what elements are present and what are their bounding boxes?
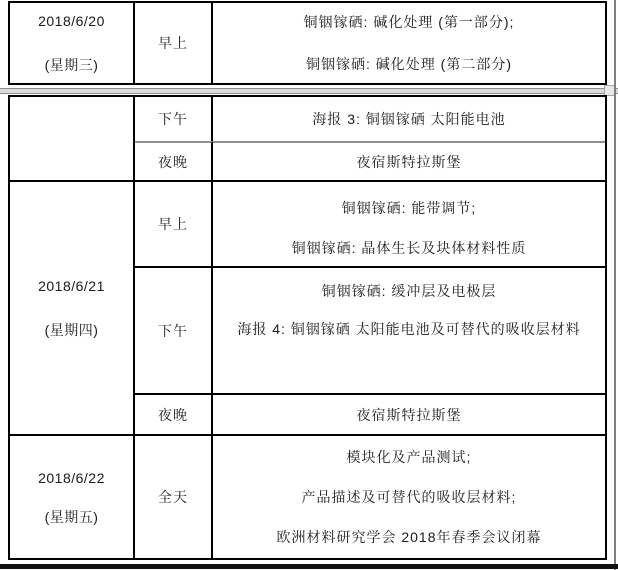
document-page: 2018/6/20 (星期三) 早上 铜铟镓硒: 碱化处理 (第一部分); 铜铟…: [0, 0, 618, 570]
session-text: 海报 4: 铜铟镓硒 太阳能电池及可替代的吸收层材料: [237, 320, 580, 338]
session-text: 铜铟镓硒: 碱化处理 (第二部分): [306, 55, 512, 73]
time-text: 早上: [158, 34, 188, 52]
weekday-text: (星期五): [45, 508, 99, 526]
session-text: 铜铟镓硒: 晶体生长及块体材料性质: [292, 239, 527, 257]
weekday-text: (星期三): [45, 56, 99, 74]
time-text: 夜晚: [158, 406, 188, 424]
schedule-table-page1: 2018/6/20 (星期三) 早上 铜铟镓硒: 碱化处理 (第一部分); 铜铟…: [8, 1, 607, 85]
session-cell: 夜宿斯特拉斯堡: [213, 141, 605, 180]
time-cell: 下午: [135, 266, 213, 393]
time-text: 夜晚: [158, 153, 188, 171]
session-cell: 模块化及产品测试; 产品描述及可替代的吸收层材料; 欧洲材料研究学会 2018年…: [213, 436, 605, 558]
bottom-rule: [0, 564, 618, 569]
page-break-band: [0, 88, 618, 94]
session-text: 海报 3: 铜铟镓硒 太阳能电池: [312, 110, 505, 128]
session-text: 产品描述及可替代的吸收层材料;: [302, 488, 517, 506]
date-text: 2018/6/20: [38, 12, 105, 30]
date-cell: 2018/6/20 (星期三): [10, 3, 135, 83]
date-cell: 2018/6/22 (星期五): [10, 436, 135, 558]
day-group-2018-6-22: 2018/6/22 (星期五) 全天 模块化及产品测试; 产品描述及可替代的吸收…: [10, 434, 605, 558]
date-cell: 2018/6/21 (星期四): [10, 182, 135, 434]
session-text: 铜铟镓硒: 缓冲层及电极层: [322, 282, 497, 300]
session-cell: 夜宿斯特拉斯堡: [213, 393, 605, 434]
date-text: 2018/6/21: [38, 277, 105, 295]
time-text: 下午: [158, 322, 188, 340]
window-edge-line: [614, 0, 616, 570]
time-cell: 早上: [135, 182, 213, 266]
day-group-2018-6-20: 2018/6/20 (星期三) 早上 铜铟镓硒: 碱化处理 (第一部分); 铜铟…: [10, 3, 605, 83]
time-cell: 夜晚: [135, 393, 213, 434]
session-text: 模块化及产品测试;: [347, 448, 472, 466]
session-text: 欧洲材料研究学会 2018年春季会议闭幕: [276, 528, 541, 546]
weekday-text: (星期四): [45, 321, 99, 339]
session-text: 夜宿斯特拉斯堡: [357, 153, 462, 171]
session-text: 铜铟镓硒: 能带调节;: [342, 199, 477, 217]
time-cell: 全天: [135, 436, 213, 558]
session-cell: 海报 3: 铜铟镓硒 太阳能电池: [213, 97, 605, 141]
session-cell: 铜铟镓硒: 缓冲层及电极层 海报 4: 铜铟镓硒 太阳能电池及可替代的吸收层材料: [213, 266, 605, 393]
session-cell: 铜铟镓硒: 碱化处理 (第一部分); 铜铟镓硒: 碱化处理 (第二部分): [213, 3, 605, 83]
schedule-table-page2: 下午 海报 3: 铜铟镓硒 太阳能电池 夜晚 夜宿斯特拉斯堡 2018/6/21…: [8, 95, 607, 560]
time-text: 全天: [158, 488, 188, 506]
day-group-2018-6-21: 2018/6/21 (星期四) 早上 铜铟镓硒: 能带调节; 铜铟镓硒: 晶体生…: [10, 180, 605, 434]
time-cell: 早上: [135, 3, 213, 83]
date-cell-empty: [10, 97, 135, 180]
time-text: 早上: [158, 215, 188, 233]
time-cell: 下午: [135, 97, 213, 141]
session-text: 铜铟镓硒: 碱化处理 (第一部分);: [304, 13, 515, 31]
time-cell: 夜晚: [135, 141, 213, 180]
day-group-continuation: 下午 海报 3: 铜铟镓硒 太阳能电池 夜晚 夜宿斯特拉斯堡: [10, 97, 605, 180]
session-cell: 铜铟镓硒: 能带调节; 铜铟镓硒: 晶体生长及块体材料性质: [213, 182, 605, 266]
date-text: 2018/6/22: [38, 469, 105, 487]
session-text: 夜宿斯特拉斯堡: [357, 406, 462, 424]
time-text: 下午: [158, 110, 188, 128]
